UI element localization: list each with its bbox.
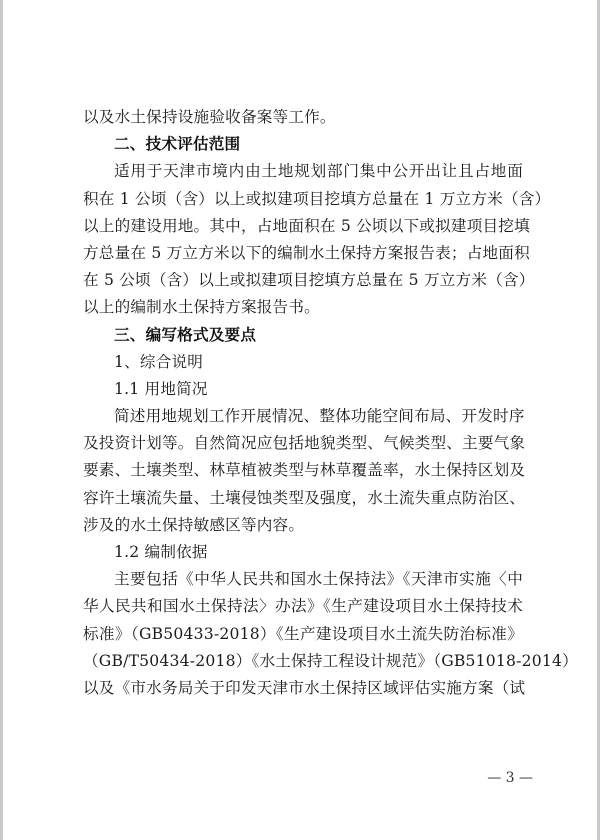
paragraph-line: 标准》（GB50433-2018）《生产建设项目水土流失防治标准》 xyxy=(83,621,523,648)
section-heading-format: 三、编写格式及要点 xyxy=(83,322,523,349)
paragraph-line: （GB/T50434-2018）《水土保持工程设计规范》（GB51018-201… xyxy=(83,648,523,675)
paragraph-line: 以及《市水务局关于印发天津市水土保持区域评估实施方案（试 xyxy=(83,675,523,702)
paragraph-line: 积在 1 公顷（含）以上或拟建项目挖填方总量在 1 万立方米（含） xyxy=(83,186,523,213)
paragraph-line: 简述用地规划工作开展情况、整体功能空间布局、开发时序 xyxy=(83,403,523,430)
page-number: — 3 — xyxy=(473,770,533,786)
subsection-heading-summary: 1、综合说明 xyxy=(83,349,523,376)
paragraph-line: 要素、土壤类型、林草植被类型与林草覆盖率，水土保持区划及 xyxy=(83,457,523,484)
paragraph-line: 以上的建设用地。其中，占地面积在 5 公顷以下或拟建项目挖填 xyxy=(83,213,523,240)
paragraph-line: 涉及的水土保持敏感区等内容。 xyxy=(83,512,523,539)
section-heading-scope: 二、技术评估范围 xyxy=(83,131,523,158)
paragraph-line: 以及水土保持设施验收备案等工作。 xyxy=(83,104,523,131)
paragraph-line: 在 5 公顷（含）以上或拟建项目挖填方总量在 5 万立方米（含） xyxy=(83,267,523,294)
paragraph-line: 适用于天津市境内由土地规划部门集中公开出让且占地面 xyxy=(83,158,523,185)
paragraph-line: 主要包括《中华人民共和国水土保持法》《天津市实施〈中 xyxy=(83,566,523,593)
paragraph-line: 华人民共和国水土保持法〉办法》《生产建设项目水土保持技术 xyxy=(83,593,523,620)
subsection-heading-land-overview: 1.1 用地简况 xyxy=(83,376,523,403)
paragraph-line: 以上的编制水土保持方案报告书。 xyxy=(83,294,523,321)
document-page: 以及水土保持设施验收备案等工作。 二、技术评估范围 适用于天津市境内由土地规划部… xyxy=(0,0,600,840)
paragraph-line: 方总量在 5 万立方米以下的编制水土保持方案报告表；占地面积 xyxy=(83,240,523,267)
paragraph-line: 及投资计划等。自然简况应包括地貌类型、气候类型、主要气象 xyxy=(83,430,523,457)
paragraph-line: 容许土壤流失量、土壤侵蚀类型及强度，水土流失重点防治区、 xyxy=(83,485,523,512)
document-body: 以及水土保持设施验收备案等工作。 二、技术评估范围 适用于天津市境内由土地规划部… xyxy=(83,104,523,702)
subsection-heading-basis: 1.2 编制依据 xyxy=(83,539,523,566)
